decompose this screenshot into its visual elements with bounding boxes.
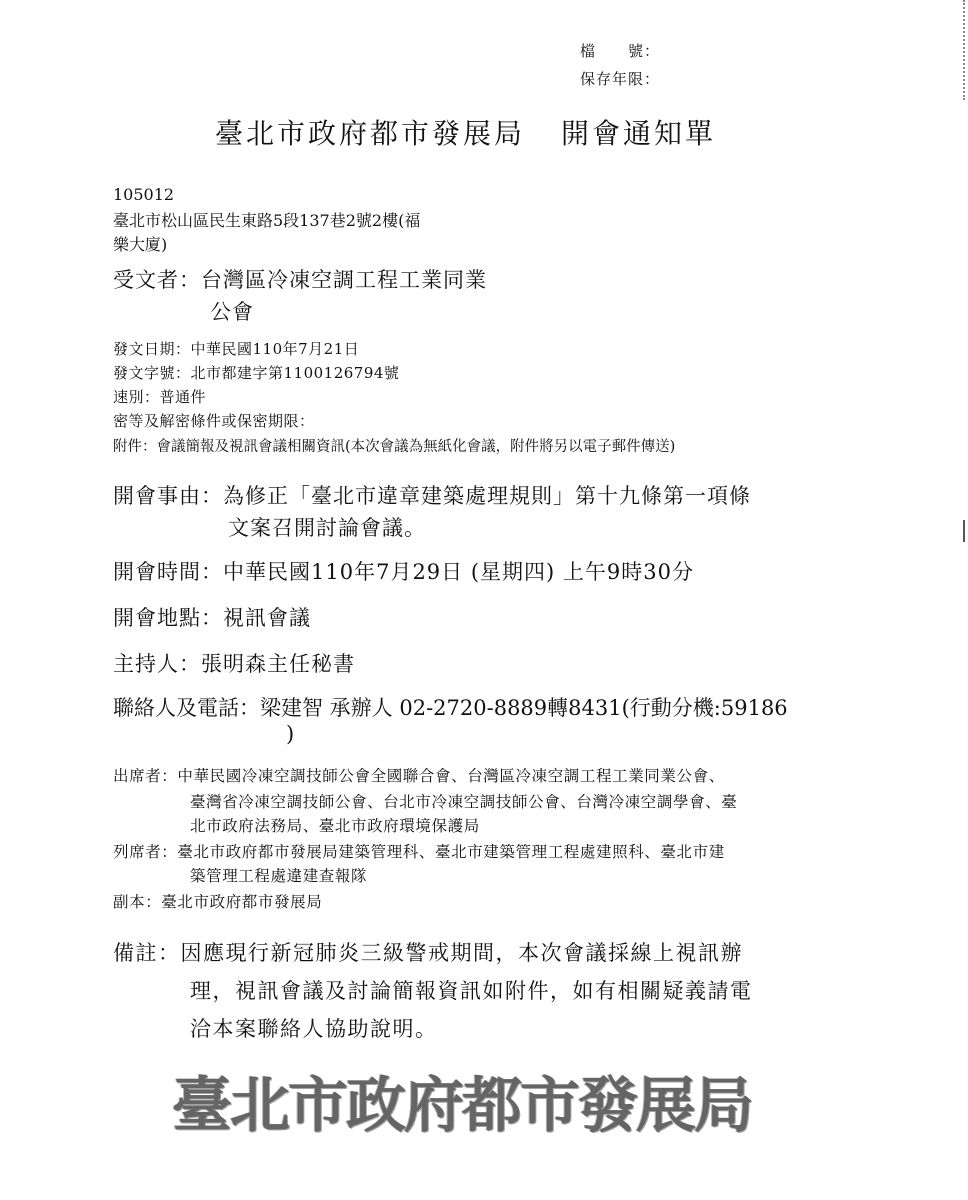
copy-to: 副本：臺北市政府都市發展局 <box>113 890 322 914</box>
meeting-time: 開會時間：中華民國110年7月29日 (星期四) 上午9時30分 <box>113 556 694 586</box>
observers-line2: 築管理工程處違建查報隊 <box>190 864 367 888</box>
recipient-label: 受文者： <box>113 268 201 292</box>
attachment-note: 附件：會議簡報及視訊會議相關資訊(本次會議為無紙化會議，附件將另以電子郵件傳送) <box>113 436 675 458</box>
observers-line1: 臺北市政府都市發展局建築管理科、臺北市建築管理工程處建照科、臺北市建 <box>177 843 724 861</box>
meeting-chair: 主持人：張明森主任秘書 <box>113 648 355 678</box>
document-number: 發文字號：北市都建字第1100126794號 <box>113 362 399 384</box>
recipient: 受文者：台灣區冷凍空調工程工業同業 <box>113 264 487 294</box>
meeting-reason: 開會事由：為修正「臺北市違章建築處理規則」第十九條第一項條 <box>113 480 751 510</box>
attendees-line2: 臺灣省冷凍空調技師公會、台北市冷凍空調技師公會、台灣冷凍空調學會、臺 <box>190 790 737 814</box>
meeting-reason-line1: 為修正「臺北市違章建築處理規則」第十九條第一項條 <box>223 484 751 508</box>
remarks-line1: 因應現行新冠肺炎三級警戒期間，本次會議採線上視訊辦 <box>181 941 744 965</box>
issue-date: 發文日期：中華民國110年7月21日 <box>113 338 359 360</box>
scan-edge-marks <box>963 0 967 100</box>
retention-period-label: 保存年限： <box>580 68 660 89</box>
remarks: 備註：因應現行新冠肺炎三級警戒期間，本次會議採線上視訊辦 <box>113 934 743 972</box>
attendees-label: 出席者： <box>113 767 177 785</box>
meeting-place: 開會地點：視訊會議 <box>113 602 311 632</box>
recipient-name-line2: 公會 <box>210 296 254 326</box>
observers: 列席者：臺北市政府都市發展局建築管理科、臺北市建築管理工程處建照科、臺北市建 <box>113 840 725 864</box>
title-agency: 臺北市政府都市發展局 <box>215 117 525 150</box>
sender-address-line1: 臺北市松山區民生東路5段137巷2號2樓(福 <box>113 210 420 232</box>
page-title: 臺北市政府都市發展局開會通知單 <box>215 112 716 152</box>
delivery-speed: 速別：普通件 <box>113 386 206 408</box>
recipient-name-line1: 台灣區冷凍空調工程工業同業 <box>201 268 487 292</box>
attendees-line3: 北市政府法務局、臺北市政府環境保護局 <box>190 814 480 838</box>
postal-code: 105012 <box>113 184 174 206</box>
secrecy-level: 密等及解密條件或保密期限： <box>113 410 315 432</box>
file-number-label: 檔 號： <box>580 40 660 61</box>
attendees-line1: 中華民國冷凍空調技師公會全國聯合會、台灣區冷凍空調工程工業同業公會、 <box>177 767 724 785</box>
remarks-line3: 洽本案聯絡人協助說明。 <box>190 1010 438 1048</box>
contact-info-line2: ) <box>286 722 295 746</box>
contact-info: 聯絡人及電話：梁建智 承辦人 02-2720-8889轉8431(行動分機:59… <box>113 692 788 722</box>
scan-edge-bar <box>963 520 965 542</box>
sender-address-line2: 樂大廈) <box>113 234 167 256</box>
observers-label: 列席者： <box>113 843 177 861</box>
meeting-reason-line2: 文案召開討論會議。 <box>228 512 426 542</box>
agency-seal-stamp: 臺北市政府都市發展局 <box>172 1058 752 1144</box>
remarks-label: 備註： <box>113 941 181 965</box>
attendees: 出席者：中華民國冷凍空調技師公會全國聯合會、台灣區冷凍空調工程工業同業公會、 <box>113 764 725 788</box>
title-doc-type: 開會通知單 <box>561 117 716 150</box>
remarks-line2: 理，視訊會議及討論簡報資訊如附件，如有相關疑義請電 <box>190 972 753 1010</box>
meeting-reason-label: 開會事由： <box>113 484 223 508</box>
